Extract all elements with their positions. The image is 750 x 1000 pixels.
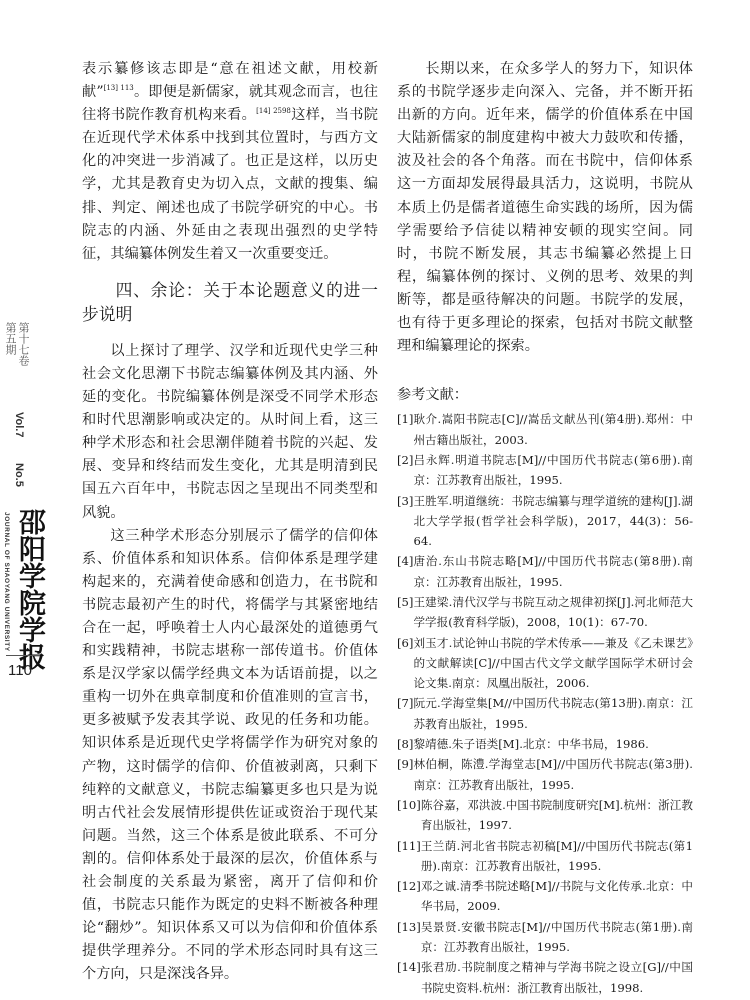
- volume-en: Vol.7: [13, 412, 25, 437]
- reference-text: 张君劢.书院制度之精神与学海书院之设立[G]//中国书院史资料.杭州：浙江教育出…: [421, 957, 693, 998]
- journal-name-en: JOURNAL OF SHAOYANG UNIVERSITY: [3, 512, 10, 652]
- reference-number: [1]: [397, 409, 413, 450]
- reference-item: [2]吕永辉.明道书院志[M]//中国历代书院志(第6册).南京：江苏教育出版社…: [397, 450, 693, 491]
- reference-number: [6]: [397, 633, 413, 694]
- text-run: 这样，当书院在近现代学术体系中找到其位置时，与西方文化的冲突进一步消减了。也正是…: [82, 107, 378, 262]
- reference-text: 邓之诚.清季书院述略[M]//书院与文化传承.北京：中华书局，2009.: [421, 876, 693, 917]
- references-title: 参考文献：: [397, 384, 693, 407]
- reference-text: 吕永辉.明道书院志[M]//中国历代书院志(第6册).南京：江苏教育出版社，19…: [413, 450, 693, 491]
- issue-cn: 第五期: [4, 322, 17, 366]
- reference-item: [12]邓之诚.清季书院述略[M]//书院与文化传承.北京：中华书局，2009.: [397, 876, 693, 917]
- reference-text: 刘玉才.试论钟山书院的学术传承——兼及《乙未课艺》的文献解读[C]//中国古代文…: [413, 633, 693, 694]
- reference-item: [13]吴景贤.安徽书院志[M]//中国历代书院志(第1册).南京：江苏教育出版…: [397, 917, 693, 958]
- reference-number: [14]: [397, 957, 421, 998]
- citation: [14] 2598: [256, 107, 291, 115]
- reference-item: [10]陈谷嘉，邓洪波.中国书院制度研究[M].杭州：浙江教育出版社，1997.: [397, 795, 693, 836]
- reference-number: [13]: [397, 917, 421, 958]
- reference-number: [8]: [397, 734, 413, 754]
- reference-text: 阮元.学海堂集[M//中国历代书院志(第13册).南京：江苏教育出版社，1995…: [413, 693, 693, 734]
- section-heading: 四、余论：关于本论题意义的进一步说明: [82, 278, 378, 326]
- reference-number: [2]: [397, 450, 413, 491]
- reference-text: 王兰荫.河北省书院志初稿[M]//中国历代书院志(第1册).南京：江苏教育出版社…: [421, 836, 693, 877]
- issue-en: No.5: [13, 463, 25, 487]
- reference-text: 王建梁.清代汉学与书院互动之规律初探[J].河北师范大学学报(教育科学版)，20…: [413, 592, 693, 633]
- paragraph: 这三种学术形态分别展示了儒学的信仰体系、价值体系和知识体系。信仰体系是理学建构起…: [82, 525, 378, 987]
- reference-text: 王胜军.明道继统：书院志编纂与理学道统的建构[J].湖北大学学报(哲学社会科学版…: [413, 491, 693, 552]
- references-list: [1]耿介.嵩阳书院志[C]//嵩岳文献丛刊(第4册).郑州：中州古籍出版社，2…: [397, 409, 693, 998]
- reference-item: [9]林伯桐，陈澧.学海堂志[M]//中国历代书院志(第3册).南京：江苏教育出…: [397, 754, 693, 795]
- reference-text: 耿介.嵩阳书院志[C]//嵩岳文献丛刊(第4册).郑州：中州古籍出版社，2003…: [413, 409, 693, 450]
- paragraph: 长期以来，在众多学人的努力下，知识体系的书院学逐步走向深入、完备，并不断开拓出新…: [397, 58, 693, 358]
- reference-item: [4]唐治.东山书院志略[M]//中国历代书院志(第8册).南京：江苏教育出版社…: [397, 551, 693, 592]
- volume-cn: 第十七卷: [17, 322, 30, 366]
- left-column: 表示纂修该志即是“意在祖述文献，用校新献”[13] 113。即便是新儒家，就其观…: [82, 58, 378, 986]
- reference-number: [3]: [397, 491, 413, 552]
- reference-number: [12]: [397, 876, 421, 917]
- reference-item: [7]阮元.学海堂集[M//中国历代书院志(第13册).南京：江苏教育出版社，1…: [397, 693, 693, 734]
- reference-number: [10]: [397, 795, 421, 836]
- reference-item: [5]王建梁.清代汉学与书院互动之规律初探[J].河北师范大学学报(教育科学版)…: [397, 592, 693, 633]
- paragraph: 以上探讨了理学、汉学和近现代史学三种社会文化思潮下书院志编纂体例及其内涵、外延的…: [82, 340, 378, 525]
- volume-issue-en: Vol.7 No.5: [13, 412, 25, 508]
- reference-text: 吴景贤.安徽书院志[M]//中国历代书院志(第1册).南京：江苏教育出版社，19…: [421, 917, 693, 958]
- journal-sidebar: 第十七卷 第五期 Vol.7 No.5 JOURNAL OF SHAOYANG …: [0, 300, 70, 700]
- reference-item: [8]黎靖德.朱子语类[M].北京：中华书局，1986.: [397, 734, 693, 754]
- page-number: 110: [8, 662, 32, 679]
- reference-item: [3]王胜军.明道继统：书院志编纂与理学道统的建构[J].湖北大学学报(哲学社会…: [397, 491, 693, 552]
- paragraph: 表示纂修该志即是“意在祖述文献，用校新献”[13] 113。即便是新儒家，就其观…: [82, 58, 378, 266]
- reference-number: [9]: [397, 754, 413, 795]
- citation: [13] 113: [104, 84, 134, 92]
- reference-number: [11]: [397, 836, 421, 877]
- reference-number: [5]: [397, 592, 413, 633]
- reference-item: [1]耿介.嵩阳书院志[C]//嵩岳文献丛刊(第4册).郑州：中州古籍出版社，2…: [397, 409, 693, 450]
- volume-issue-cn: 第十七卷 第五期: [16, 322, 30, 366]
- reference-item: [14]张君劢.书院制度之精神与学海书院之设立[G]//中国书院史资料.杭州：浙…: [397, 957, 693, 998]
- reference-number: [4]: [397, 551, 413, 592]
- journal-name: 邵阳学院学报: [16, 508, 44, 670]
- reference-text: 林伯桐，陈澧.学海堂志[M]//中国历代书院志(第3册).南京：江苏教育出版社，…: [413, 754, 693, 795]
- reference-text: 黎靖德.朱子语类[M].北京：中华书局，1986.: [413, 734, 693, 754]
- reference-text: 陈谷嘉，邓洪波.中国书院制度研究[M].杭州：浙江教育出版社，1997.: [421, 795, 693, 836]
- right-column: 长期以来，在众多学人的努力下，知识体系的书院学逐步走向深入、完备，并不断开拓出新…: [397, 58, 693, 998]
- reference-item: [6]刘玉才.试论钟山书院的学术传承——兼及《乙未课艺》的文献解读[C]//中国…: [397, 633, 693, 694]
- reference-text: 唐治.东山书院志略[M]//中国历代书院志(第8册).南京：江苏教育出版社，19…: [413, 551, 693, 592]
- reference-number: [7]: [397, 693, 413, 734]
- page-number-rule: [6, 655, 40, 656]
- reference-item: [11]王兰荫.河北省书院志初稿[M]//中国历代书院志(第1册).南京：江苏教…: [397, 836, 693, 877]
